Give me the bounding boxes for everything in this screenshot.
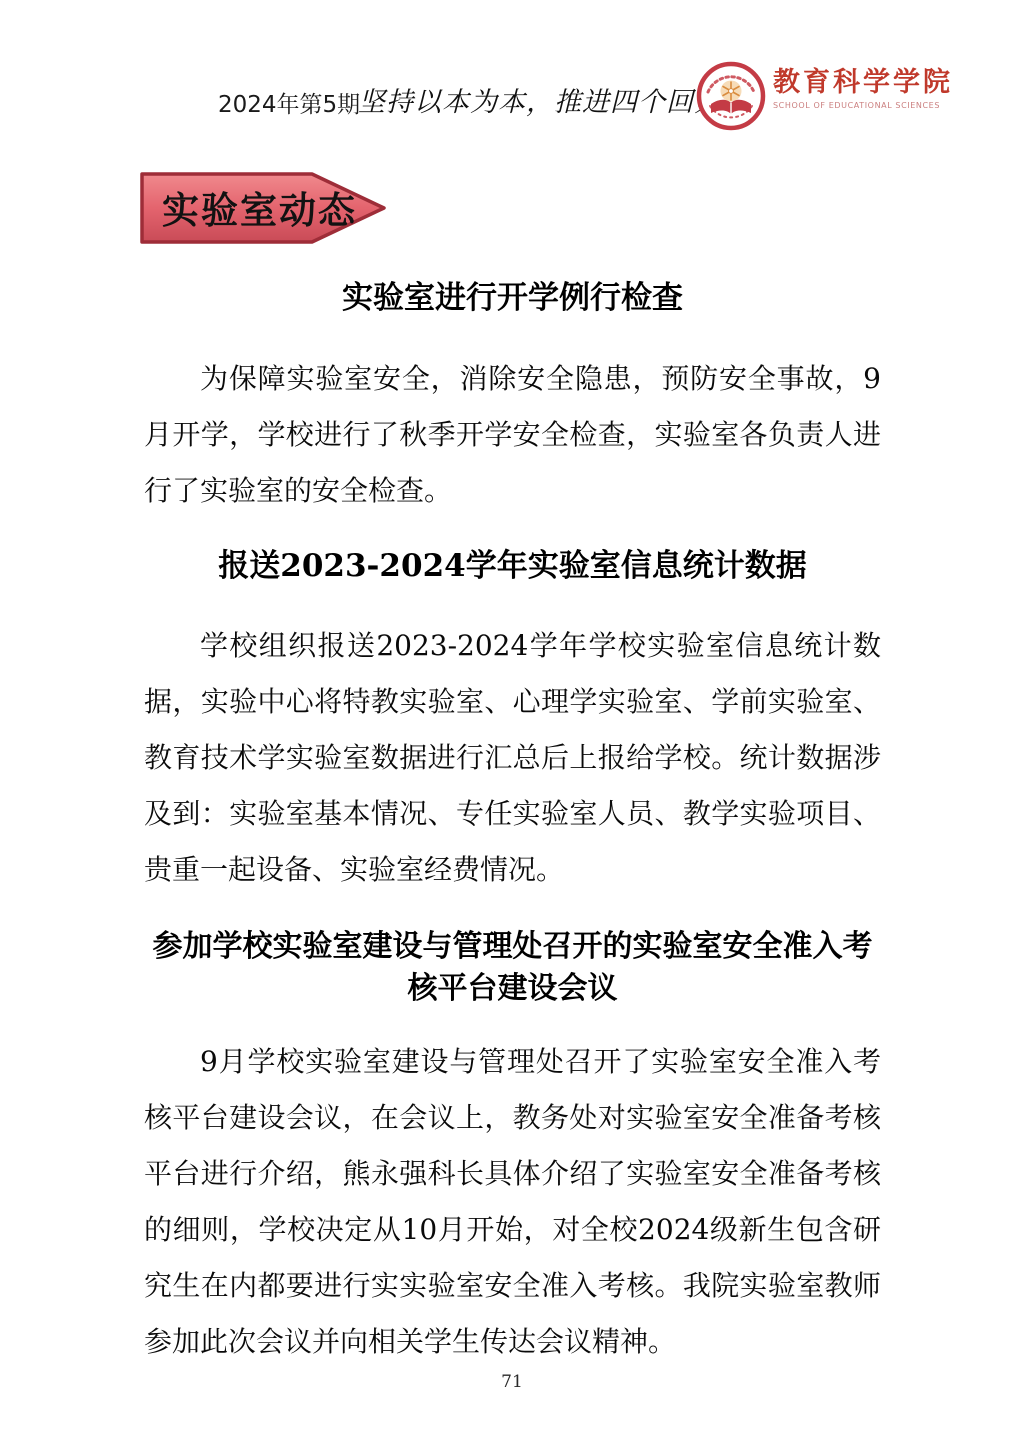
page-number: 71: [0, 1372, 1024, 1392]
issue-label: 2024年第5期: [218, 86, 360, 119]
article-title-3: 参加学校实验室建设与管理处召开的实验室安全准入考核平台建设会议: [144, 926, 881, 1010]
article-title-2: 报送2023-2024学年实验室信息统计数据: [144, 540, 881, 585]
banner-label: 实验室动态: [162, 180, 357, 234]
section-banner: 实验室动态: [140, 172, 386, 244]
college-name-en: SCHOOL OF EDUCATIONAL SCIENCES: [773, 101, 953, 110]
college-name-block: 教育科学学院 SCHOOL OF EDUCATIONAL SCIENCES: [773, 60, 953, 110]
article-body-2: 学校组织报送2023-2024学年学校实验室信息统计数据，实验中心将特教实验室、…: [144, 618, 881, 898]
article-body-1: 为保障实验室安全，消除安全隐患，预防安全事故，9月开学，学校进行了秋季开学安全检…: [144, 351, 881, 519]
document-page: 2024年第5期 坚持以本为本，推进四个回归 教育科学学院 SCHOOL OF …: [0, 0, 1024, 1448]
college-logo: 教育科学学院 SCHOOL OF EDUCATIONAL SCIENCES: [695, 60, 953, 132]
article-title-1: 实验室进行开学例行检查: [144, 272, 881, 317]
college-name-cn: 教育科学学院: [773, 68, 953, 98]
motto-text: 坚持以本为本，推进四个回归: [358, 80, 722, 119]
college-seal-icon: [695, 60, 767, 132]
article-body-3: 9月学校实验室建设与管理处召开了实验室安全准入考核平台建设会议，在会议上，教务处…: [144, 1034, 881, 1370]
